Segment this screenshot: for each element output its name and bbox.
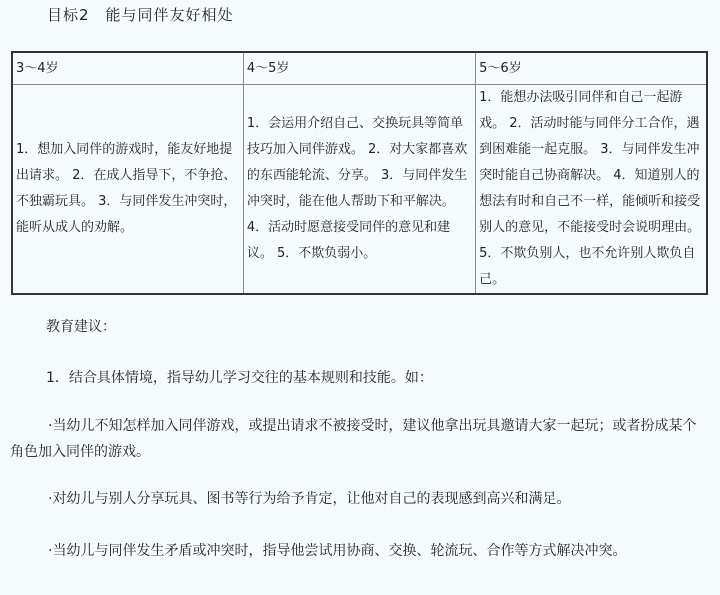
- suggestion-bullet: ·当幼儿与同伴发生矛盾或冲突时，指导他尝试用协商、交换、轮流玩、合作等方式解决冲…: [0, 538, 710, 564]
- suggestion-bullet: ·当幼儿不知怎样加入同伴游戏，或提出请求不被接受时，建议他拿出玩具邀请大家一起玩…: [0, 413, 710, 465]
- table-row: 1．想加入同伴的游戏时，能友好地提出请求。 2．在成人指导下，不争抢、不独霸玩具…: [12, 85, 707, 295]
- goal-title: 目标2 能与同伴友好相处: [47, 4, 234, 26]
- development-table: 3～4岁 4～5岁 5～6岁 1．想加入同伴的游戏时，能友好地提出请求。 2．在…: [11, 51, 708, 295]
- header-age-3-4: 3～4岁: [12, 52, 243, 85]
- cell-age-5-6: 1．能想办法吸引同伴和自己一起游戏。 2．活动时能与同伴分工合作，遇到困难能一起…: [476, 85, 707, 295]
- suggestion-bullet: ·对幼儿与别人分享玩具、图书等行为给予肯定，让他对自己的表现感到高兴和满足。: [0, 486, 710, 512]
- document-page: 目标2 能与同伴友好相处 3～4岁 4～5岁 5～6岁 1．想加入同伴的游戏时，…: [0, 0, 720, 595]
- table-header-row: 3～4岁 4～5岁 5～6岁: [12, 52, 707, 85]
- cell-age-3-4: 1．想加入同伴的游戏时，能友好地提出请求。 2．在成人指导下，不争抢、不独霸玩具…: [12, 85, 243, 295]
- suggestion-item-1: 1．结合具体情境，指导幼儿学习交往的基本规则和技能。如：: [0, 365, 710, 391]
- cell-age-4-5: 1．会运用介绍自己、交换玩具等简单技巧加入同伴游戏。 2．对大家都喜欢的东西能轮…: [243, 85, 475, 295]
- header-age-4-5: 4～5岁: [243, 52, 475, 85]
- suggestions-heading: 教育建议：: [0, 314, 710, 340]
- header-age-5-6: 5～6岁: [476, 52, 707, 85]
